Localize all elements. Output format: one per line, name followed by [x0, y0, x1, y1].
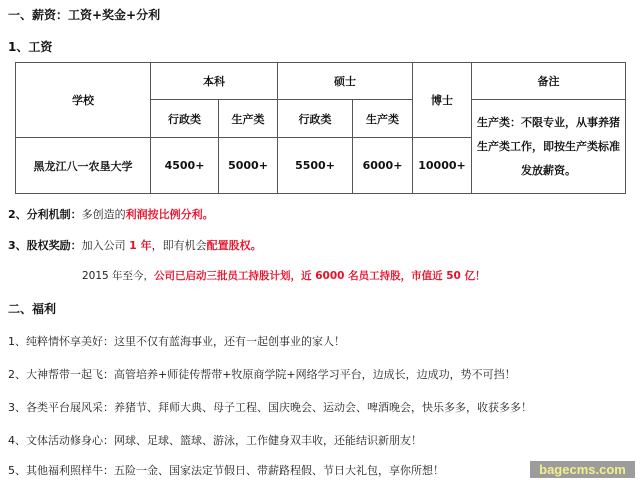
- equity-note-line: 2015 年至今，公司已启动三批员工持股计划，近 6000 名员工持股，市值近 …: [82, 268, 486, 283]
- profit-sharing-text: 多创造的: [82, 208, 126, 221]
- equity-line: 3、股权奖励：加入公司 1 年，即有机会配置股权。: [8, 237, 262, 253]
- subheader-bachelor-production: 生产类: [219, 100, 278, 138]
- cell-bachelor-production: 5000+: [219, 138, 278, 194]
- watermark: bagecms.com: [530, 461, 635, 478]
- benefit-item-4: 4、文体活动修身心：网球、足球、篮球、游泳，工作健身双丰收，还能结识新朋友！: [8, 432, 422, 448]
- header-master: 硕士: [278, 63, 413, 100]
- equity-text-1: 加入公司: [82, 239, 130, 252]
- cell-master-admin: 5500+: [278, 138, 353, 194]
- cell-bachelor-admin: 4500+: [151, 138, 219, 194]
- equity-label: 3、股权奖励：: [8, 239, 82, 252]
- cell-school: 黑龙江八一农垦大学: [16, 138, 151, 194]
- profit-sharing-highlight: 利润按比例分利。: [126, 208, 214, 221]
- equity-highlight-2: 配置股权。: [207, 239, 262, 252]
- section-1-title: 一、薪资：工资+奖金+分利: [8, 6, 160, 23]
- note-cell: 生产类：不限专业，从事养猪生产类工作，即按生产类标准发放薪资。: [472, 100, 626, 194]
- header-note: 备注: [472, 63, 626, 100]
- subheader-master-production: 生产类: [353, 100, 413, 138]
- equity-note-highlight: 公司已启动三批员工持股计划，近 6000 名员工持股，市值近 50 亿！: [154, 270, 485, 282]
- equity-note-text: 2015 年至今，: [82, 270, 154, 282]
- equity-text-2: ，即有机会: [152, 239, 207, 252]
- header-phd: 博士: [413, 63, 472, 138]
- salary-table: 学校 本科 硕士 博士 备注 行政类 生产类 行政类 生产类 生产类：不限专业，…: [15, 62, 626, 194]
- cell-master-production: 6000+: [353, 138, 413, 194]
- subheader-master-admin: 行政类: [278, 100, 353, 138]
- benefit-item-2: 2、大神帮带一起飞：高管培养+师徒传帮带+牧原商学院+网络学习平台，边成长，边成…: [8, 366, 516, 382]
- benefit-item-3: 3、各类平台展风采：养猪节、拜师大典、母子工程、国庆晚会、运动会、啤酒晚会，快乐…: [8, 399, 532, 415]
- equity-highlight-1: 1 年: [129, 239, 151, 252]
- profit-sharing-label: 2、分利机制：: [8, 208, 82, 221]
- profit-sharing-line: 2、分利机制：多创造的利润按比例分利。: [8, 206, 214, 222]
- benefit-item-1: 1、纯粹情怀享美好：这里不仅有蓝海事业，还有一起创事业的家人！: [8, 333, 345, 349]
- section-2-title: 二、福利: [8, 300, 56, 317]
- subheader-bachelor-admin: 行政类: [151, 100, 219, 138]
- cell-phd: 10000+: [413, 138, 472, 194]
- salary-subtitle: 1、工资: [8, 38, 52, 55]
- benefit-item-5: 5、其他福利照样牛：五险一金、国家法定节假日、带薪路程假、节日大礼包，享你所想！: [8, 462, 444, 478]
- header-bachelor: 本科: [151, 63, 278, 100]
- header-school: 学校: [16, 63, 151, 138]
